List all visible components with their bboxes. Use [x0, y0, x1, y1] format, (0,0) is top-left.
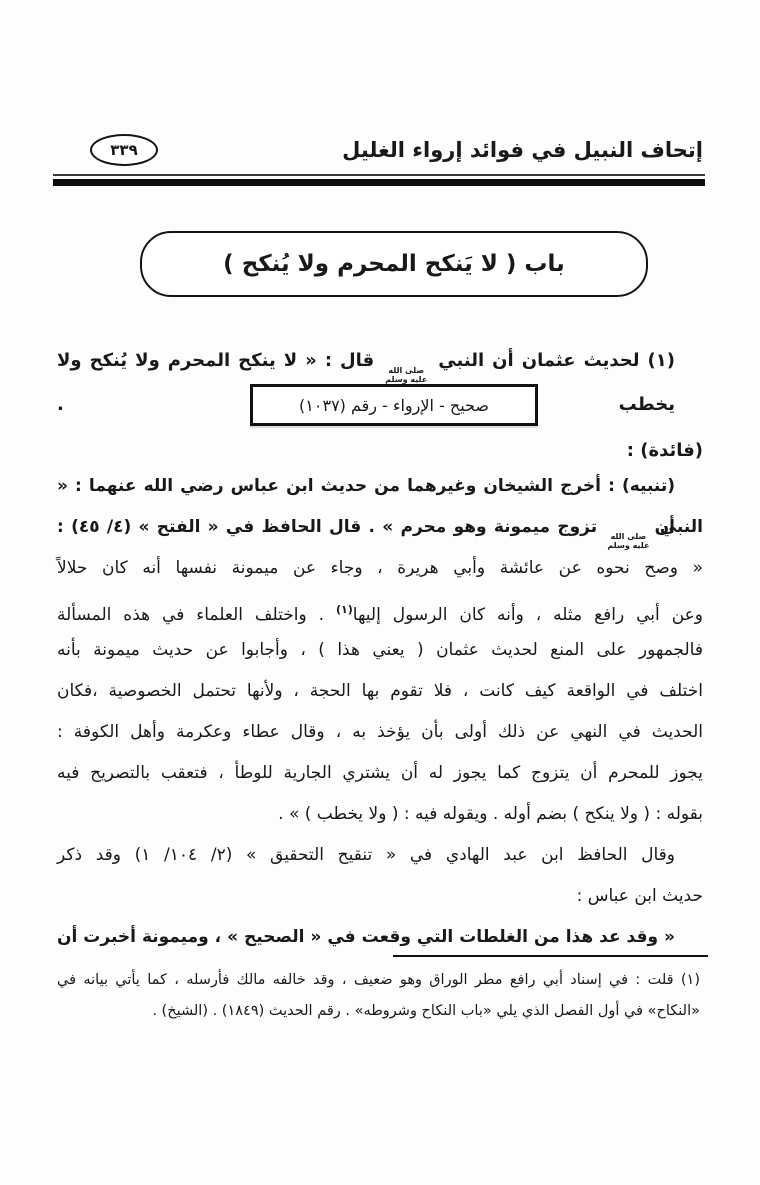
- body-line-8-text: يجوز للمحرم أن يتزوج كما يجوز له أن يشتر…: [57, 763, 703, 783]
- body-line-7: الحديث في النهي عن ذلك أولى بأن يؤخذ به …: [57, 712, 703, 753]
- footnote-line-1: (١) قلت : في إسناد أبي رافع مطر الوراق و…: [57, 965, 700, 996]
- body-line-10: وقال الحافظ ابن عبد الهادي في « تنقيح ال…: [57, 835, 703, 876]
- page-header: إتحاف النبيل في فوائد إرواء الغليل ٣٣٩: [90, 134, 703, 166]
- body-line-12: « وقد عد هذا من الغلطات التي وقعت في « ا…: [57, 917, 703, 958]
- body-line-4-text: وعن أبي رافع مثله ، وأنه كان الرسول إليه…: [353, 605, 703, 625]
- page-number: ٣٣٩: [110, 141, 137, 159]
- footnote-separator: [393, 955, 708, 957]
- pbuh-symbol: صلى الله عليه وسلم: [385, 366, 427, 384]
- footnote-ref-1: (١): [336, 603, 353, 616]
- hadith-intro: (١) لحديث عثمان أن النبي: [438, 350, 675, 371]
- body-line-5-text: فالجمهور على المنع لحديث عثمان ( يعني هذ…: [57, 640, 703, 660]
- body-line-12-text: « وقد عد هذا من الغلطات التي وقعت في « ا…: [57, 927, 675, 947]
- body-line-1: (تنبيه) : أخرج الشيخان وغيرهما من حديث ا…: [57, 466, 703, 507]
- chapter-title-box: باب ( لا يَنكح المحرم ولا يُنكح ): [140, 231, 648, 297]
- body-line-11-text: حديث ابن عباس :: [577, 886, 703, 906]
- body-line-10-text: وقال الحافظ ابن عبد الهادي في « تنقيح ال…: [57, 845, 675, 865]
- grading-text: صحيح - الإرواء - رقم (١٠٣٧): [299, 396, 489, 415]
- body-line-2-after: تزوج ميمونة وهو محرم » . قال الحافظ في «…: [57, 517, 597, 537]
- pbuh-top: صلى الله: [388, 366, 424, 375]
- book-title: إتحاف النبيل في فوائد إرواء الغليل: [342, 138, 703, 162]
- footnote-line-1-text: (١) قلت : في إسناد أبي رافع مطر الوراق و…: [57, 972, 700, 988]
- footnote-line-2: «النكاح» في أول الفصل الذي يلي «باب النك…: [57, 996, 700, 1027]
- body-line-9-text: بقوله : ( ولا ينكح ) بضم أوله . ويقوله ف…: [278, 804, 703, 824]
- body-line-11: حديث ابن عباس :: [57, 876, 703, 917]
- body-line-4: وعن أبي رافع مثله ، وأنه كان الرسول إليه…: [57, 589, 703, 630]
- body-line-4-cont: . واختلف العلماء في هذه المسألة: [57, 605, 336, 625]
- grading-box: صحيح - الإرواء - رقم (١٠٣٧): [250, 384, 538, 426]
- header-rule: [53, 174, 705, 186]
- body-line-8: يجوز للمحرم أن يتزوج كما يجوز له أن يشتر…: [57, 753, 703, 794]
- body-line-6: اختلف في الواقعة كيف كانت ، فلا تقوم بها…: [57, 671, 703, 712]
- faida-label: (فائدة) :: [627, 436, 703, 466]
- body-line-6-text: اختلف في الواقعة كيف كانت ، فلا تقوم بها…: [57, 681, 703, 701]
- footnote-line-2-text: «النكاح» في أول الفصل الذي يلي «باب النك…: [152, 1003, 700, 1019]
- pbuh-bottom: عليه وسلم: [385, 375, 427, 384]
- pbuh-top: صلى الله: [611, 532, 647, 541]
- page-number-badge: ٣٣٩: [90, 134, 158, 166]
- chapter-title: باب ( لا يَنكح المحرم ولا يُنكح ): [223, 251, 565, 277]
- body-line-5: فالجمهور على المنع لحديث عثمان ( يعني هذ…: [57, 630, 703, 671]
- body-line-2-before: النبي: [660, 517, 703, 537]
- header-rule-thick: [53, 179, 705, 186]
- footnote-block: (١) قلت : في إسناد أبي رافع مطر الوراق و…: [57, 965, 700, 1027]
- page-body: (تنبيه) : أخرج الشيخان وغيرهما من حديث ا…: [57, 466, 703, 958]
- body-line-2: النبي صلى الله عليه وسلم تزوج ميمونة وهو…: [57, 507, 703, 548]
- hadith-line: (١) لحديث عثمان أن النبي صلى الله عليه و…: [57, 340, 703, 381]
- book-page: إتحاف النبيل في فوائد إرواء الغليل ٣٣٩ ب…: [0, 0, 760, 1185]
- header-rule-thin: [53, 174, 705, 176]
- body-line-3: « وصح نحوه عن عائشة وأبي هريرة ، وجاء عن…: [57, 548, 703, 589]
- body-line-7-text: الحديث في النهي عن ذلك أولى بأن يؤخذ به …: [57, 722, 703, 742]
- body-line-9: بقوله : ( ولا ينكح ) بضم أوله . ويقوله ف…: [57, 794, 703, 835]
- body-line-3-text: « وصح نحوه عن عائشة وأبي هريرة ، وجاء عن…: [57, 558, 703, 578]
